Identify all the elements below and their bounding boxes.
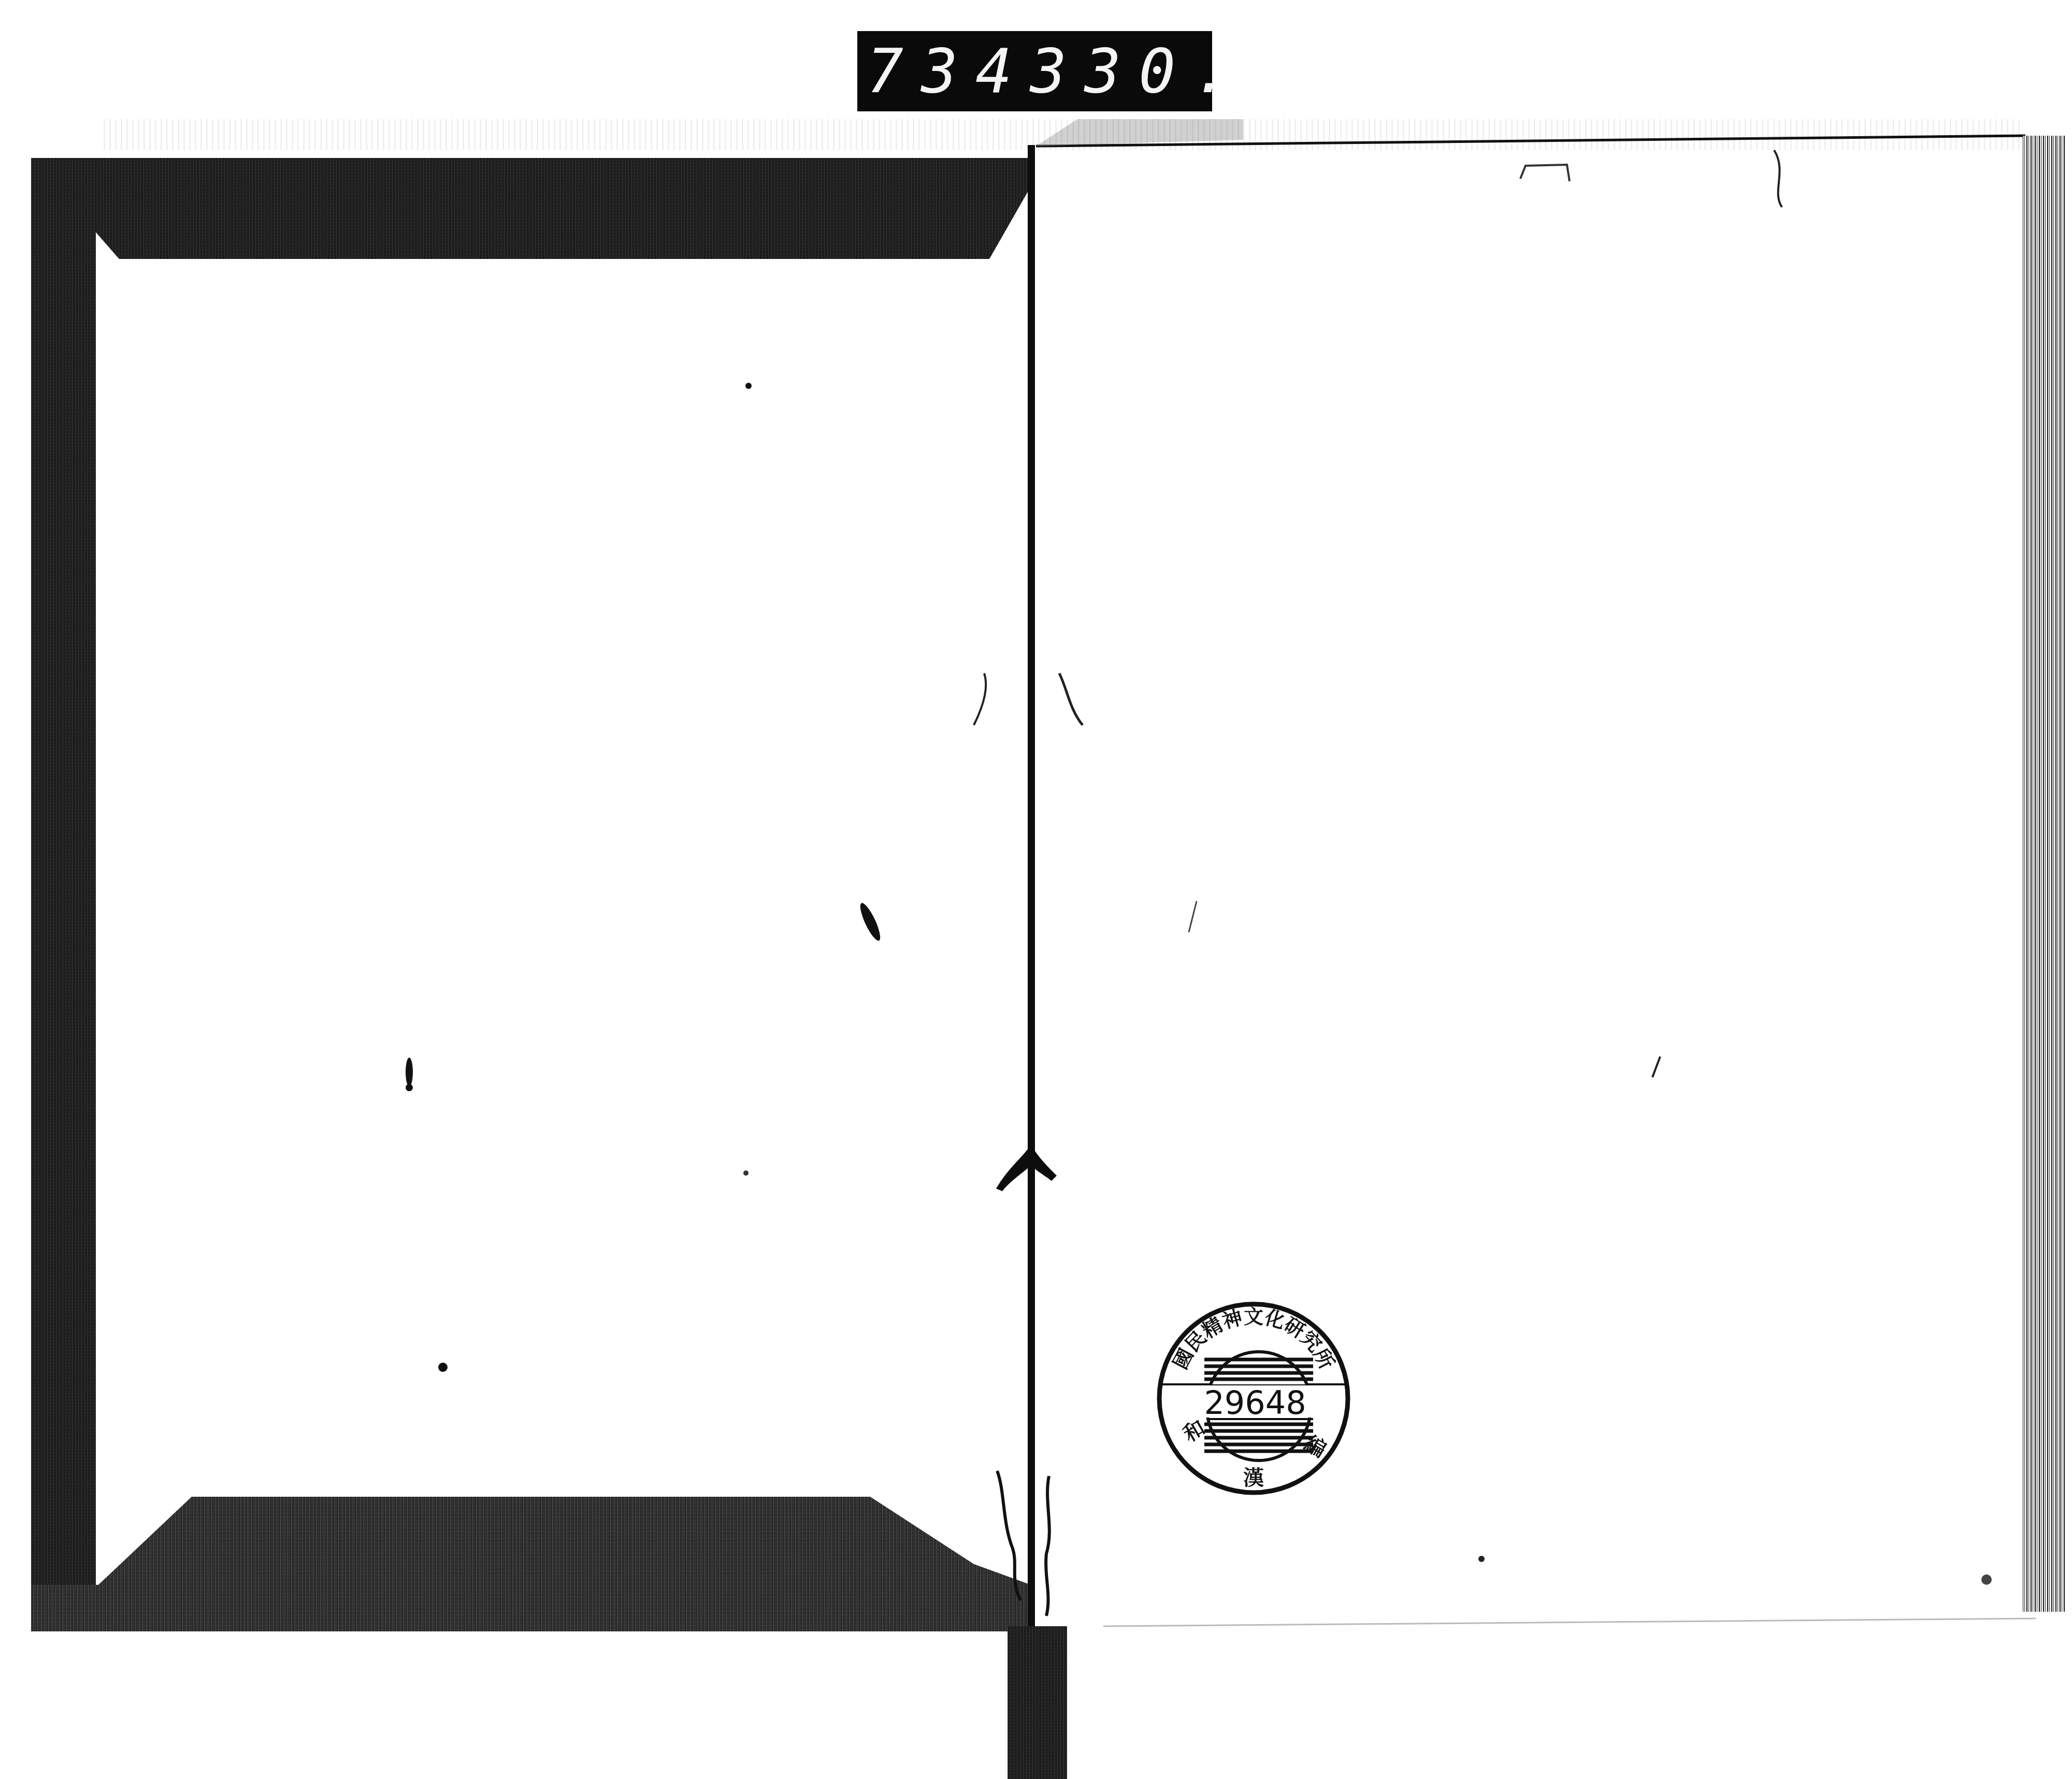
ink-spot bbox=[857, 901, 884, 943]
ink-spot bbox=[406, 1058, 413, 1087]
left-cover bbox=[31, 158, 1031, 1631]
cover-top-band bbox=[31, 158, 1031, 259]
page-edge-stack bbox=[2023, 136, 2065, 1612]
library-stamp: 國民精神文化研究所 29648 和 漢 編 bbox=[1153, 1297, 1355, 1499]
stamp-char-bottom: 漢 bbox=[1243, 1466, 1264, 1490]
accession-right-number: 330. bbox=[1030, 31, 1247, 111]
book-spread bbox=[0, 0, 2072, 1779]
cover-bottom-band bbox=[31, 1497, 1031, 1631]
stamp-number: 29648 bbox=[1204, 1384, 1306, 1422]
cover-left-strip bbox=[31, 158, 96, 1631]
scan-smudge bbox=[104, 119, 2020, 150]
binding-knot bbox=[996, 1145, 1057, 1191]
spine bbox=[974, 145, 1083, 1779]
accession-left-number: 734 bbox=[867, 31, 1030, 111]
page-bottom-edge bbox=[1103, 1618, 2036, 1626]
spine-line bbox=[1028, 145, 1035, 1779]
spine-tab bbox=[1008, 1626, 1067, 1779]
accession-label: 734 330. bbox=[857, 31, 1212, 111]
